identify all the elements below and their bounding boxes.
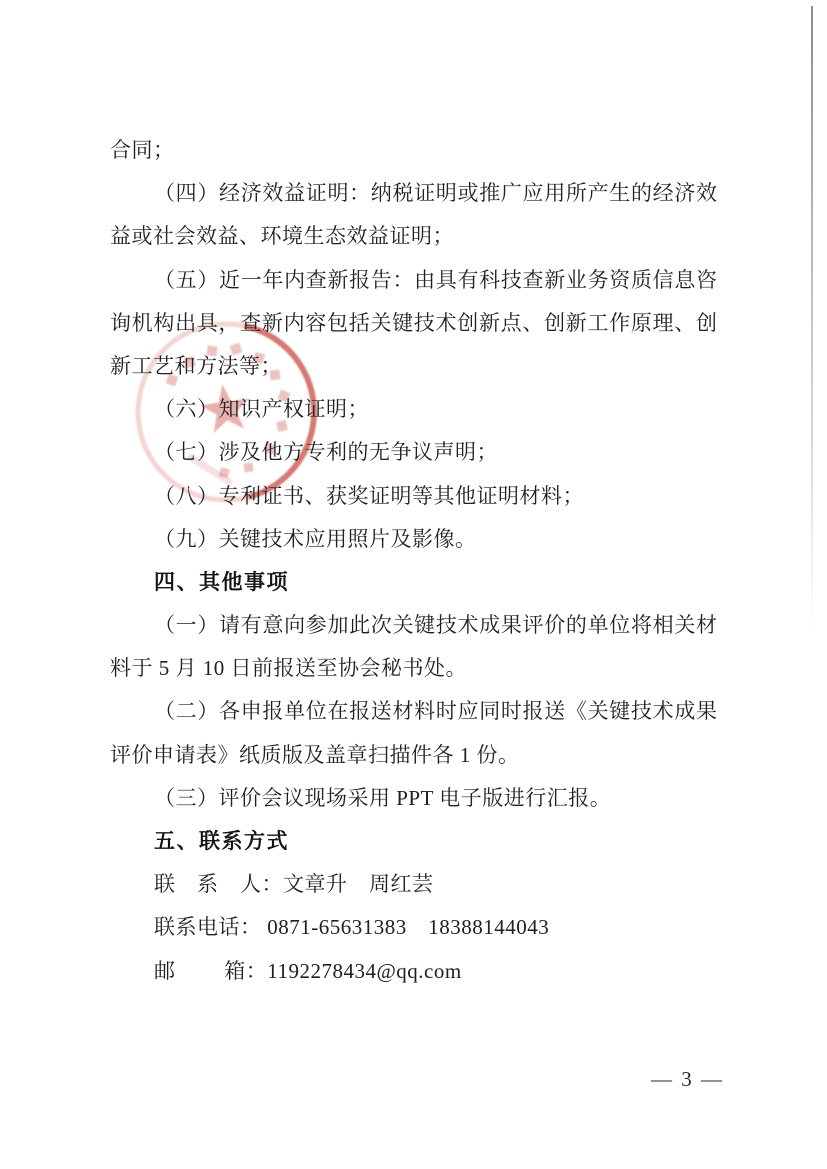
document-line: （四）经济效益证明：纳税证明或推广应用所产生的经济效 <box>110 172 717 215</box>
document-line: 评价申请表》纸质版及盖章扫描件各 1 份。 <box>110 734 717 777</box>
page-number: — 3 — <box>640 1062 735 1096</box>
scan-edge-line <box>811 6 813 631</box>
section-heading-contact: 五、联系方式 <box>110 820 717 863</box>
contact-phone-line: 联系电话： 0871-65631383 18388144043 <box>110 906 717 949</box>
document-line: （七）涉及他方专利的无争议声明； <box>110 431 717 474</box>
document-line: （九）关键技术应用照片及影像。 <box>110 518 717 561</box>
document-line: （六）知识产权证明； <box>110 388 717 431</box>
document-line: 合同； <box>110 129 717 172</box>
document-line: （五）近一年内查新报告：由具有科技查新业务资质信息咨 <box>110 259 717 302</box>
document-page: 合同； （四）经济效益证明：纳税证明或推广应用所产生的经济效 益或社会效益、环境… <box>0 0 827 1169</box>
document-line: 新工艺和方法等； <box>110 345 717 388</box>
document-line: （一）请有意向参加此次关键技术成果评价的单位将相关材 <box>110 604 717 647</box>
document-line: （三）评价会议现场采用 PPT 电子版进行汇报。 <box>110 777 717 820</box>
document-line: （二）各申报单位在报送材料时应同时报送《关键技术成果 <box>110 690 717 733</box>
contact-person-line: 联 系 人：文章升 周红芸 <box>110 863 717 906</box>
section-heading-other-items: 四、其他事项 <box>110 561 717 604</box>
document-line: （八）专利证书、获奖证明等其他证明材料； <box>110 475 717 518</box>
document-line: 询机构出具，查新内容包括关键技术创新点、创新工作原理、创 <box>110 302 717 345</box>
document-text-block: 合同； （四）经济效益证明：纳税证明或推广应用所产生的经济效 益或社会效益、环境… <box>110 129 717 993</box>
document-line: 料于 5 月 10 日前报送至协会秘书处。 <box>110 647 717 690</box>
document-line: 益或社会效益、环境生态效益证明； <box>110 215 717 258</box>
contact-email-line: 邮 箱：1192278434@qq.com <box>110 950 717 993</box>
